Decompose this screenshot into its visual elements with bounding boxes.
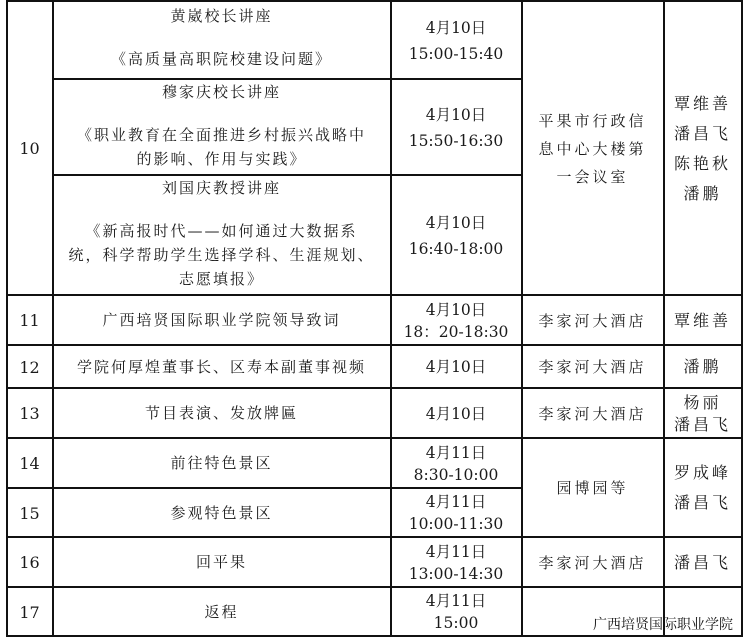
watermark-text: 广西培贤国际职业学院: [593, 614, 733, 634]
time-text: 15:50-16:30: [409, 128, 504, 154]
date-text: 4月10日: [426, 102, 487, 128]
grid-line: [52, 78, 522, 80]
grid-line: [6, 487, 522, 489]
row-number-text: 12: [19, 356, 39, 379]
row-10-person: 覃维善 潘昌飞 陈艳秋 潘鹏: [664, 2, 741, 295]
row-13-place: 李家河大酒店: [522, 389, 663, 438]
date-text: 4月10日: [426, 15, 487, 41]
date-text: 4月10日: [426, 354, 487, 380]
row-13-number: 13: [7, 389, 52, 438]
person-name: 潘昌飞: [674, 414, 731, 436]
lecture-subtitle: 《新高报时代——如何通过大数据系: [85, 219, 357, 243]
row-10-activity-3: 刘国庆教授讲座 《新高报时代——如何通过大数据系 统，科学帮助学生选择学科、生涯…: [53, 176, 390, 295]
date-text: 4月11日: [426, 590, 487, 612]
row-13-person: 杨丽 潘昌飞: [664, 389, 741, 438]
date-text: 4月11日: [426, 491, 487, 513]
grid-line: [6, 0, 8, 637]
grid-line: [663, 0, 665, 637]
place-text: 李家河大酒店: [538, 307, 646, 335]
person-name: 罗成峰: [674, 458, 731, 488]
row-number-text: 16: [19, 551, 39, 574]
lecture-title: 刘国庆教授讲座: [162, 177, 281, 199]
time-text: 15:00: [434, 612, 479, 634]
person-name: 潘昌飞: [674, 488, 731, 518]
lecture-subtitle: 志愿填报》: [179, 267, 264, 291]
place-text: 园博园等: [556, 474, 628, 502]
activity-text: 参观特色景区: [170, 502, 272, 525]
row-number-text: 17: [19, 601, 39, 624]
lecture-subtitle: 《高质量高职院校建设问题》: [111, 47, 332, 71]
row-11-place: 李家河大酒店: [522, 296, 663, 345]
time-text: 18：20-18:30: [404, 321, 509, 343]
time-text: 16:40-18:00: [409, 236, 504, 262]
lecture-title: 穆家庆校长讲座: [162, 81, 281, 103]
place-text: 李家河大酒店: [538, 400, 646, 428]
place-line: 平果市行政信: [538, 107, 646, 135]
time-text: 8:30-10:00: [414, 464, 499, 486]
grid-line: [521, 0, 523, 637]
grid-line: [6, 437, 743, 439]
lecture-title: 黄崴校长讲座: [170, 5, 272, 27]
activity-text: 前往特色景区: [170, 452, 272, 475]
row-11-number: 11: [7, 296, 52, 345]
grid-line: [52, 0, 54, 637]
grid-line: [6, 586, 743, 588]
row-10-number: 10: [7, 2, 52, 295]
row-17-activity: 返程: [53, 588, 390, 636]
row-14-15-place: 园博园等: [522, 439, 663, 537]
row-number-text: 13: [19, 402, 39, 425]
person-name: 覃维善: [674, 89, 731, 119]
row-14-activity: 前往特色景区: [53, 439, 390, 488]
activity-text: 节目表演、发放牌匾: [145, 402, 298, 425]
person-name: 潘鹏: [683, 352, 721, 382]
grid-line: [390, 0, 392, 637]
place-text: 李家河大酒店: [538, 353, 646, 381]
row-number-text: 11: [19, 309, 39, 332]
row-14-time: 4月11日 8:30-10:00: [391, 439, 521, 488]
row-11-activity: 广西培贤国际职业学院领导致词: [53, 296, 390, 345]
row-12-person: 潘鹏: [664, 346, 741, 388]
place-line: 一会议室: [556, 163, 628, 191]
row-16-person: 潘昌飞: [664, 538, 741, 587]
row-15-number: 15: [7, 489, 52, 537]
row-12-number: 12: [7, 346, 52, 388]
row-16-activity: 回平果: [53, 538, 390, 587]
row-number-text: 10: [19, 137, 39, 160]
row-17-time: 4月11日 15:00: [391, 588, 521, 636]
schedule-table: 10 黄崴校长讲座 《高质量高职院校建设问题》 4月10日 15:00-15:4…: [0, 0, 744, 638]
row-number-text: 15: [19, 502, 39, 525]
row-16-place: 李家河大酒店: [522, 538, 663, 587]
grid-line: [52, 174, 522, 176]
time-text: 10:00-11:30: [409, 513, 504, 535]
row-15-time: 4月11日 10:00-11:30: [391, 489, 521, 537]
person-name: 覃维善: [674, 306, 731, 336]
grid-line: [741, 0, 743, 637]
date-text: 4月11日: [426, 541, 487, 563]
lecture-subtitle: 统，科学帮助学生选择学科、生涯规划、: [68, 243, 374, 267]
place-line: 息中心大楼第: [538, 135, 646, 163]
lecture-subtitle: 的影响、作用与实践》: [136, 147, 306, 171]
row-10-activity-2: 穆家庆校长讲座 《职业教育在全面推进乡村振兴战略中 的影响、作用与实践》: [53, 80, 390, 175]
grid-line: [6, 536, 743, 538]
row-13-time: 4月10日: [391, 389, 521, 438]
lecture-subtitle: 《职业教育在全面推进乡村振兴战略中: [77, 123, 366, 147]
row-17-number: 17: [7, 588, 52, 636]
date-text: 4月11日: [426, 442, 487, 464]
time-text: 13:00-14:30: [409, 563, 504, 585]
row-10-time-1: 4月10日 15:00-15:40: [391, 2, 521, 79]
row-number-text: 14: [19, 452, 39, 475]
person-name: 潘昌飞: [674, 119, 731, 149]
person-name: 陈艳秋: [674, 149, 731, 179]
row-16-number: 16: [7, 538, 52, 587]
row-16-time: 4月11日 13:00-14:30: [391, 538, 521, 587]
grid-line: [6, 635, 743, 637]
activity-text: 广西培贤国际职业学院领导致词: [102, 309, 340, 332]
grid-line: [6, 294, 743, 296]
activity-text: 学院何厚煌董事长、区寿本副董事视频: [77, 356, 366, 379]
person-name: 潘昌飞: [674, 548, 731, 578]
row-13-activity: 节目表演、发放牌匾: [53, 389, 390, 438]
activity-text: 返程: [204, 601, 238, 624]
date-text: 4月10日: [426, 210, 487, 236]
row-11-time: 4月10日 18：20-18:30: [391, 296, 521, 345]
row-10-time-3: 4月10日 16:40-18:00: [391, 176, 521, 295]
grid-line: [6, 387, 743, 389]
row-10-time-2: 4月10日 15:50-16:30: [391, 80, 521, 175]
grid-line: [6, 344, 743, 346]
row-15-activity: 参观特色景区: [53, 489, 390, 537]
person-name: 潘鹏: [683, 179, 721, 209]
row-14-number: 14: [7, 439, 52, 488]
date-text: 4月10日: [426, 401, 487, 427]
row-12-place: 李家河大酒店: [522, 346, 663, 388]
row-14-15-person: 罗成峰 潘昌飞: [664, 439, 741, 537]
place-text: 李家河大酒店: [538, 549, 646, 577]
row-12-activity: 学院何厚煌董事长、区寿本副董事视频: [53, 346, 390, 388]
row-10-place: 平果市行政信 息中心大楼第 一会议室: [522, 2, 663, 295]
grid-line: [6, 0, 743, 2]
time-text: 15:00-15:40: [409, 41, 504, 67]
date-text: 4月10日: [426, 299, 487, 321]
row-12-time: 4月10日: [391, 346, 521, 388]
row-11-person: 覃维善: [664, 296, 741, 345]
person-name: 杨丽: [683, 392, 721, 414]
activity-text: 回平果: [196, 551, 247, 574]
row-10-activity-1: 黄崴校长讲座 《高质量高职院校建设问题》: [53, 2, 390, 79]
